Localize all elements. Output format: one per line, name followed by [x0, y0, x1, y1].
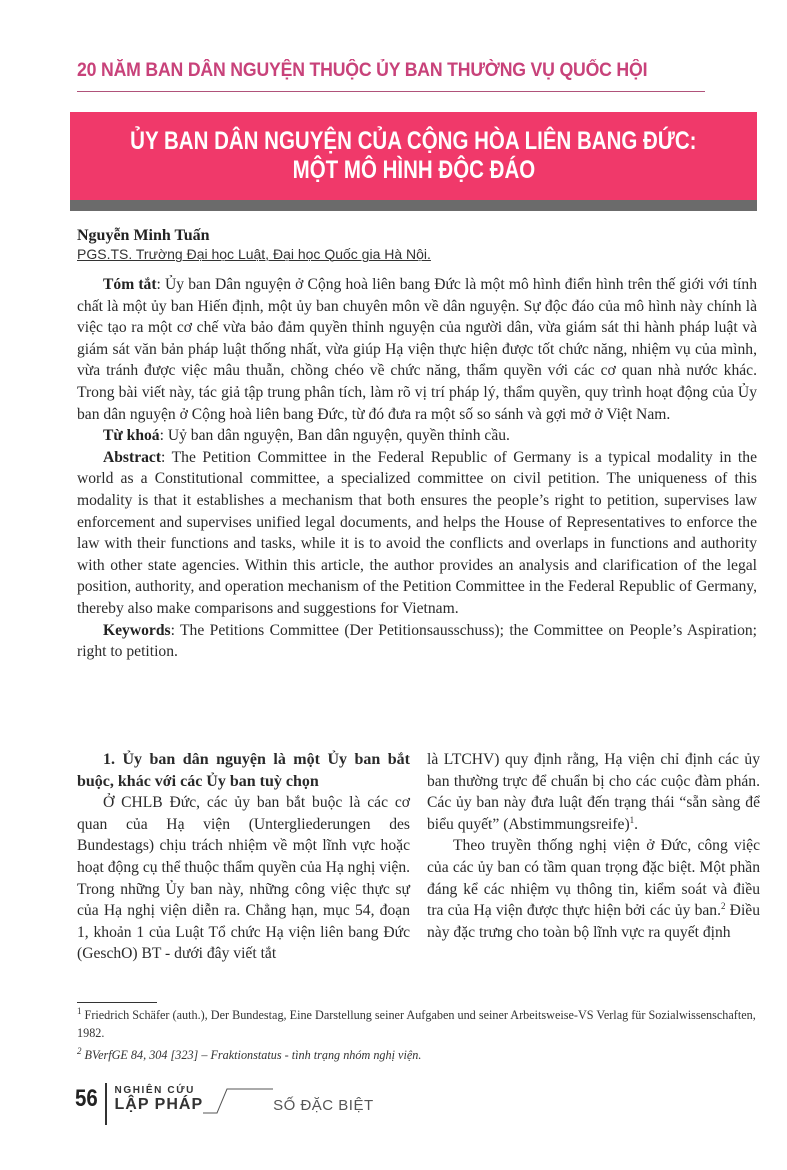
journal-name-line1: NGHIÊN CỨU: [115, 1085, 204, 1096]
article-title-line2: MỘT MÔ HÌNH ĐỘC ĐÁO: [292, 156, 535, 185]
footnote-text: Friedrich Schäfer (auth.), Der Bundestag…: [77, 1008, 756, 1040]
body-column-right: là LTCHV) quy định rằng, Hạ viện chỉ địn…: [427, 749, 760, 943]
keywords-vi-label: Từ khoá: [103, 427, 160, 444]
footnote-2: 2 BVerfGE 84, 304 [323] – Fraktionstatus…: [77, 1046, 757, 1064]
body-paragraph-continued: là LTCHV) quy định rằng, Hạ viện chỉ địn…: [427, 749, 760, 835]
body-text: Theo truyền thống nghị viện ở Đức, công …: [427, 837, 760, 919]
abstract-block: Tóm tắt: Ủy ban Dân nguyện ở Cộng hoà li…: [77, 274, 757, 663]
abstract-en-text: : The Petition Committee in the Federal …: [77, 449, 757, 617]
footnote-rule: [77, 1002, 157, 1003]
body-text: là LTCHV) quy định rằng, Hạ viện chỉ địn…: [427, 751, 760, 833]
banner-shadow-bar: [70, 200, 757, 211]
abstract-en: Abstract: The Petition Committee in the …: [77, 447, 757, 620]
author-name: Nguyễn Minh Tuấn: [77, 227, 210, 245]
article-title-line1: ỦY BAN DÂN NGUYỆN CỦA CỘNG HÒA LIÊN BANG…: [130, 127, 696, 156]
page-number: 56: [75, 1085, 99, 1113]
page-footer: 56 NGHIÊN CỨU LẬP PHÁP SỐ ĐẶC BIỆT: [75, 1085, 374, 1125]
body-text: .: [634, 816, 638, 833]
journal-name-line2: LẬP PHÁP: [115, 1096, 204, 1113]
footnote-1: 1 Friedrich Schäfer (auth.), Der Bundest…: [77, 1006, 757, 1042]
abstract-vi: Tóm tắt: Ủy ban Dân nguyện ở Cộng hoà li…: [77, 274, 757, 425]
body-paragraph: Ở CHLB Đức, các ủy ban bắt buộc là các c…: [77, 792, 410, 965]
section-heading: 1. Ủy ban dân nguyện là một Ủy ban bắt b…: [77, 749, 410, 792]
header-rule: [77, 91, 705, 92]
keywords-en-label: Keywords: [103, 622, 171, 639]
keywords-vi-text: : Uỷ ban dân nguyện, Ban dân nguyện, quy…: [160, 427, 510, 444]
journal-logo: NGHIÊN CỨU LẬP PHÁP: [115, 1085, 204, 1113]
footnote-text: BVerfGE 84, 304 [323] – Fraktionstatus -…: [82, 1048, 422, 1062]
footer-divider: [105, 1083, 107, 1125]
abstract-vi-label: Tóm tắt: [103, 276, 157, 293]
author-affiliation: PGS.TS. Trường Đại học Luật, Đại học Quố…: [77, 246, 431, 262]
keywords-en: Keywords: The Petitions Committee (Der P…: [77, 620, 757, 663]
abstract-en-label: Abstract: [103, 449, 161, 466]
body-paragraph: Theo truyền thống nghị viện ở Đức, công …: [427, 835, 760, 943]
footnotes: 1 Friedrich Schäfer (auth.), Der Bundest…: [77, 1006, 757, 1068]
keywords-vi: Từ khoá: Uỷ ban dân nguyện, Ban dân nguy…: [77, 425, 757, 447]
body-column-left: 1. Ủy ban dân nguyện là một Ủy ban bắt b…: [77, 749, 410, 965]
abstract-vi-text: : Ủy ban Dân nguyện ở Cộng hoà liên bang…: [77, 276, 757, 423]
keywords-en-text: : The Petitions Committee (Der Petitions…: [77, 622, 757, 661]
issue-label: SỐ ĐẶC BIỆT: [273, 1097, 374, 1114]
title-banner: ỦY BAN DÂN NGUYỆN CỦA CỘNG HÒA LIÊN BANG…: [70, 112, 757, 200]
running-header: 20 NĂM BAN DÂN NGUYỆN THUỘC ỦY BAN THƯỜN…: [77, 60, 709, 82]
footer-slash-decoration: [203, 1085, 273, 1115]
